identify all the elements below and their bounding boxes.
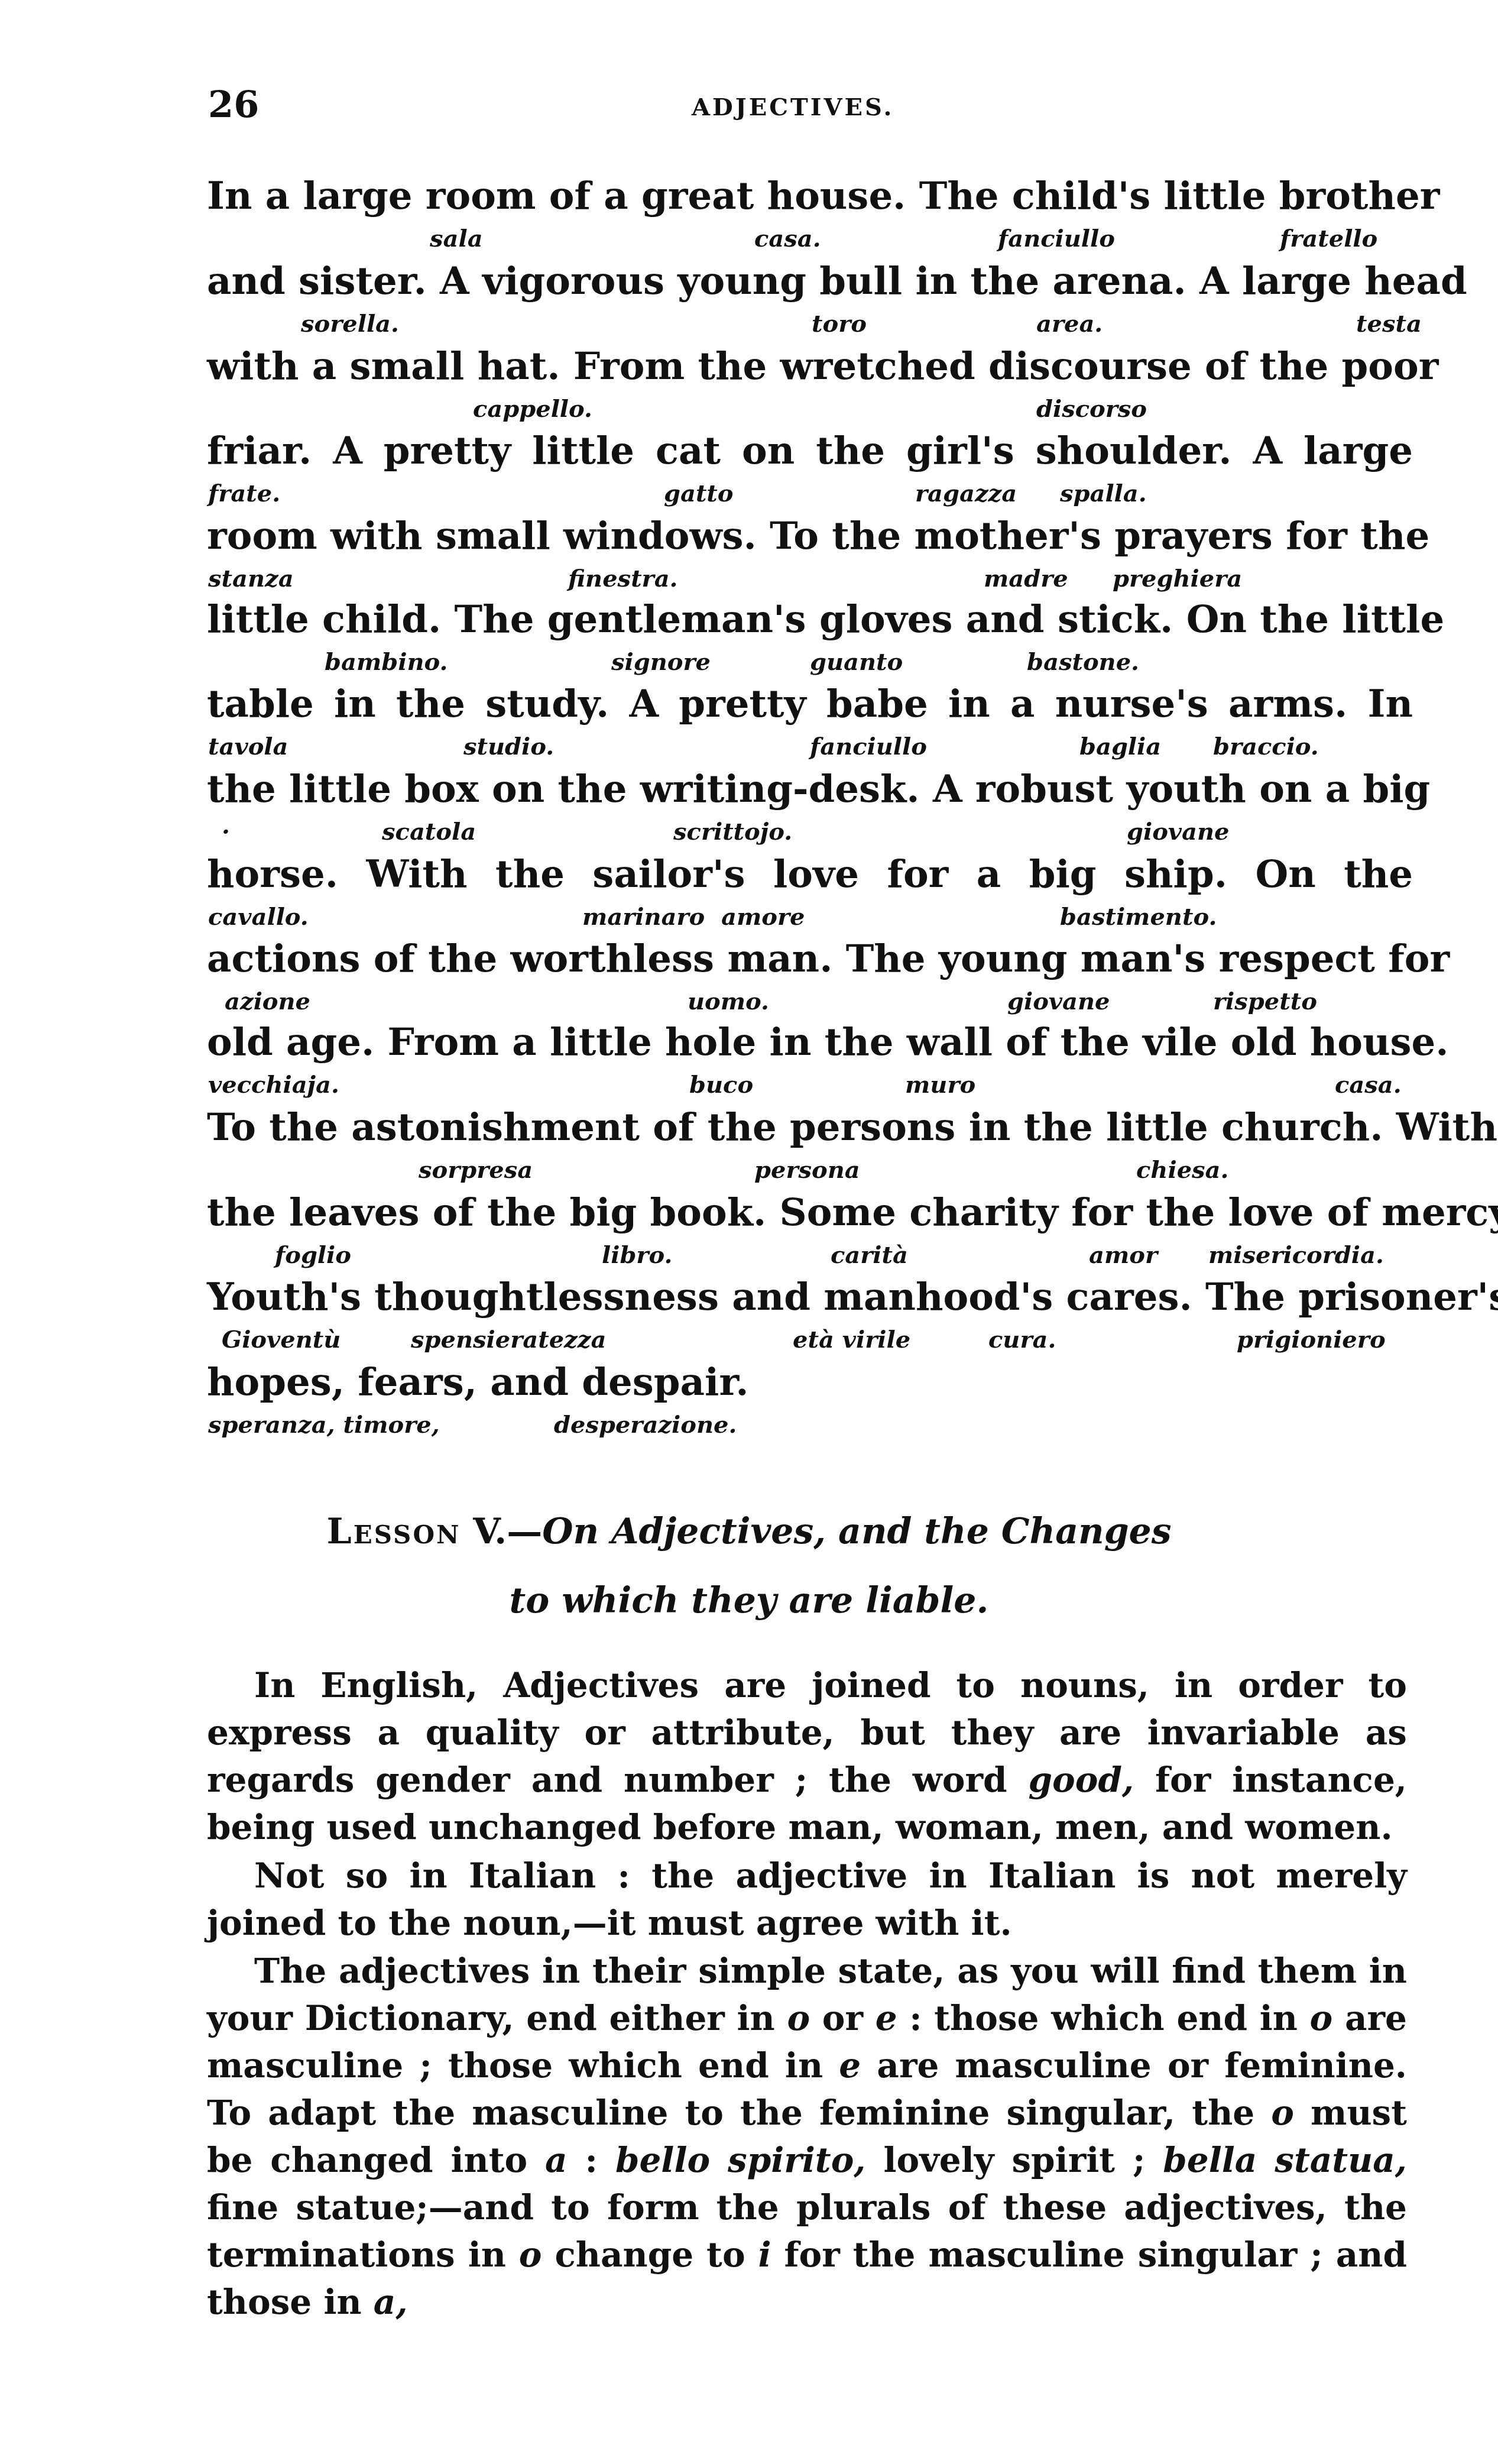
italian-gloss: buco xyxy=(689,1073,753,1097)
italian-gloss: guanto xyxy=(810,650,903,674)
italian-gloss: bambino. xyxy=(325,650,448,674)
exercise-line: with a small hat. From the wretched disc… xyxy=(207,348,1413,386)
italian-gloss: fanciullo xyxy=(810,735,927,759)
italian-gloss: cavallo. xyxy=(208,905,309,929)
italian-gloss: finestra. xyxy=(568,567,678,591)
italian-gloss: carità xyxy=(831,1244,908,1267)
lesson-title-2: to which they are liable. xyxy=(510,1580,989,1621)
exercise-line: Youth's thoughtlessness and manhood's ca… xyxy=(207,1278,1413,1316)
lesson-number: V.— xyxy=(473,1511,542,1552)
italian-gloss: sorpresa xyxy=(419,1158,533,1182)
italian-gloss: cura. xyxy=(988,1328,1056,1352)
exercise-line: To the astonishment of the persons in th… xyxy=(207,1109,1413,1147)
italian-gloss: testa xyxy=(1356,312,1422,336)
italian-gloss: speranza, timore, xyxy=(208,1413,440,1437)
exercise-line: friar. A pretty little cat on the girl's… xyxy=(207,432,1413,470)
exercise-line: little child. The gentleman's gloves and… xyxy=(207,601,1413,639)
exercise-line: the little box on the writing-desk. A ro… xyxy=(207,770,1413,808)
italian-gloss: scatola xyxy=(382,820,476,844)
italian-gloss: spalla. xyxy=(1060,482,1147,506)
italian-gloss: madre xyxy=(984,567,1068,591)
italian-gloss: giovane xyxy=(1007,990,1110,1014)
italian-gloss: misericordia. xyxy=(1208,1244,1384,1267)
italian-gloss: signore xyxy=(611,650,711,674)
italian-gloss: vecchiaja. xyxy=(208,1073,339,1097)
lesson-heading-line1: Lesson V.—On Adjectives, and the Changes xyxy=(0,1511,1498,1552)
italian-gloss: toro xyxy=(812,312,867,336)
paragraph: In English, Adjectives are joined to nou… xyxy=(207,1662,1407,1851)
italian-gloss: muro xyxy=(905,1073,975,1097)
italian-gloss: casa. xyxy=(1335,1073,1402,1097)
italian-gloss: studio. xyxy=(463,735,554,759)
italian-gloss: tavola xyxy=(208,735,288,759)
italian-gloss: ragazza xyxy=(915,482,1017,506)
lesson-title-1: On Adjectives, and the Changes xyxy=(542,1511,1171,1552)
exercise-line: the leaves of the big book. Some charity… xyxy=(207,1194,1413,1232)
italian-gloss: discorso xyxy=(1036,397,1147,421)
page-number: 26 xyxy=(208,83,259,126)
italian-gloss: foglio xyxy=(275,1244,351,1267)
italian-gloss: stanza xyxy=(208,567,294,591)
lesson-label: Lesson xyxy=(326,1511,461,1552)
italian-gloss: Gioventù xyxy=(222,1328,341,1352)
italian-gloss: azione xyxy=(225,990,310,1014)
italian-gloss: sorella. xyxy=(301,312,399,336)
italian-gloss: scrittojo. xyxy=(673,820,792,844)
italian-gloss: amor xyxy=(1089,1244,1157,1267)
italian-gloss: libro. xyxy=(602,1244,672,1267)
italian-gloss: gatto xyxy=(664,482,734,506)
exercise-line: actions of the worthless man. The young … xyxy=(207,940,1413,978)
exercise-line: and sister. A vigorous young bull in the… xyxy=(207,263,1413,300)
exercise-line: room with small windows. To the mother's… xyxy=(207,517,1413,555)
italian-gloss: desperazione. xyxy=(554,1413,737,1437)
italian-gloss: bastone. xyxy=(1027,650,1139,674)
lesson-heading-line2: to which they are liable. xyxy=(0,1580,1498,1621)
exercise-line: horse. With the sailor's love for a big … xyxy=(207,856,1413,893)
italian-gloss: chiesa. xyxy=(1136,1158,1228,1182)
italian-gloss: spensieratezza xyxy=(411,1328,606,1352)
italian-gloss: area. xyxy=(1036,312,1103,336)
italian-gloss: età virile xyxy=(793,1328,910,1352)
exercise-line: In a large room of a great house. The ch… xyxy=(207,177,1413,215)
italian-gloss: rispetto xyxy=(1213,990,1317,1014)
italian-gloss: uomo. xyxy=(688,990,769,1014)
italian-gloss: · xyxy=(222,820,230,844)
running-head: ADJECTIVES. xyxy=(692,93,894,121)
italian-gloss: marinaro xyxy=(582,905,705,929)
exercise-line: hopes, fears, and despair. xyxy=(207,1364,1413,1401)
italian-gloss: fratello xyxy=(1280,227,1377,251)
italian-gloss: persona xyxy=(754,1158,860,1182)
italian-gloss: fanciullo xyxy=(998,227,1115,251)
italian-gloss: prigioniero xyxy=(1237,1328,1386,1352)
italian-gloss: baglia xyxy=(1079,735,1161,759)
italian-gloss: braccio. xyxy=(1213,735,1319,759)
italian-gloss: frate. xyxy=(208,482,280,506)
italian-gloss: cappello. xyxy=(473,397,592,421)
paragraph: The adjectives in their simple state, as… xyxy=(207,1947,1407,2326)
italian-gloss: giovane xyxy=(1127,820,1230,844)
exercise-line: table in the study. A pretty babe in a n… xyxy=(207,685,1413,723)
italian-gloss: amore xyxy=(721,905,805,929)
italian-gloss: bastimento. xyxy=(1060,905,1217,929)
italian-gloss: sala xyxy=(430,227,483,251)
exercise-line: old age. From a little hole in the wall … xyxy=(207,1024,1413,1061)
paragraph: Not so in Italian : the adjective in Ita… xyxy=(207,1852,1407,1947)
italian-gloss: preghiera xyxy=(1113,567,1242,591)
italian-gloss: casa. xyxy=(754,227,821,251)
